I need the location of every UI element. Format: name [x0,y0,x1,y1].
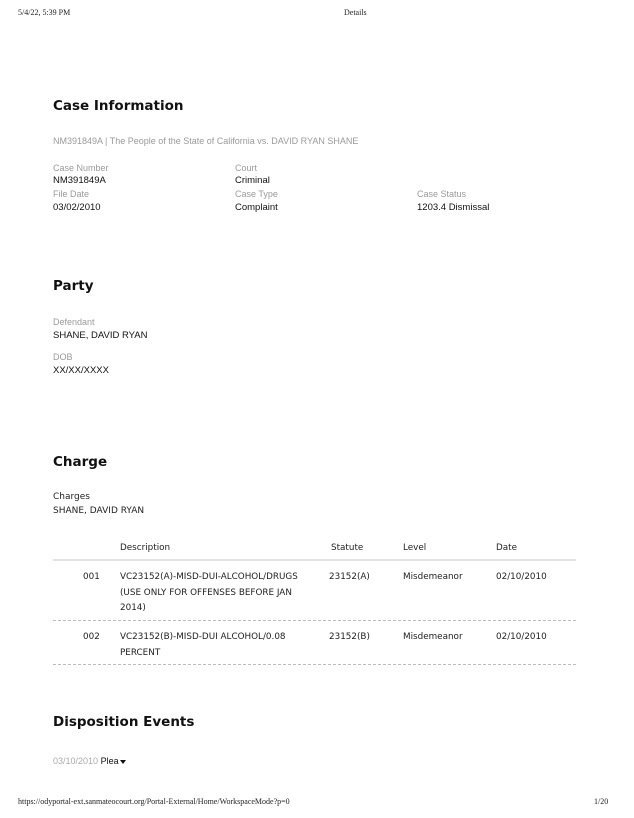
column-date: Date [496,543,517,553]
case-type-value: Complaint [235,202,278,213]
defendant-label: Defendant [53,317,95,327]
charges-party-name: SHANE, DAVID RYAN [53,506,144,516]
charge-heading: Charge [53,454,107,470]
case-status-label: Case Status [417,189,466,199]
case-information-heading: Case Information [53,98,184,114]
charge-level: Misdemeanor [403,630,463,646]
case-number-value: NM391849A [53,175,106,186]
charges-table: Description Statute Level Date 001 VC231… [53,541,576,665]
charge-number: 001 [83,570,100,586]
charges-label: Charges [53,492,90,502]
case-number-label: Case Number [53,163,109,173]
charge-statute: 23152(B) [329,630,370,646]
party-heading: Party [53,278,94,294]
caret-down-icon[interactable] [120,760,126,764]
disposition-event[interactable]: 03/10/2010 Plea [53,756,126,766]
print-datetime: 5/4/22, 5:39 PM [18,8,70,17]
defendant-value: SHANE, DAVID RYAN [53,330,148,341]
charge-date: 02/10/2010 [496,630,547,646]
dob-value: XX/XX/XXXX [53,365,109,376]
charges-table-header: Description Statute Level Date [53,541,576,561]
case-subtitle: NM391849A | The People of the State of C… [53,136,358,146]
print-page-number: 1/20 [594,797,608,806]
charge-description: VC23152(A)-MISD-DUI-ALCOHOL/DRUGS (USE O… [120,570,310,617]
disposition-event-date: 03/10/2010 [53,756,98,766]
column-description: Description [120,543,170,553]
dob-label: DOB [53,352,73,362]
charge-date: 02/10/2010 [496,570,547,586]
charge-number: 002 [83,630,100,646]
charge-level: Misdemeanor [403,570,463,586]
case-status-value: 1203.4 Dismissal [417,202,489,213]
print-title: Details [344,8,367,17]
file-date-label: File Date [53,189,89,199]
disposition-event-label[interactable]: Plea [101,756,119,766]
case-type-label: Case Type [235,189,278,199]
table-row: 002 VC23152(B)-MISD-DUI ALCOHOL/0.08 PER… [53,621,576,665]
column-statute: Statute [331,543,363,553]
column-level: Level [403,543,426,553]
file-date-value: 03/02/2010 [53,202,101,213]
charge-description: VC23152(B)-MISD-DUI ALCOHOL/0.08 PERCENT [120,630,310,661]
table-row: 001 VC23152(A)-MISD-DUI-ALCOHOL/DRUGS (U… [53,561,576,621]
print-url: https://odyportal-ext.sanmateocourt.org/… [18,797,290,806]
charge-statute: 23152(A) [329,570,370,586]
disposition-events-heading: Disposition Events [53,714,194,730]
court-label: Court [235,163,257,173]
court-value: Criminal [235,175,270,186]
